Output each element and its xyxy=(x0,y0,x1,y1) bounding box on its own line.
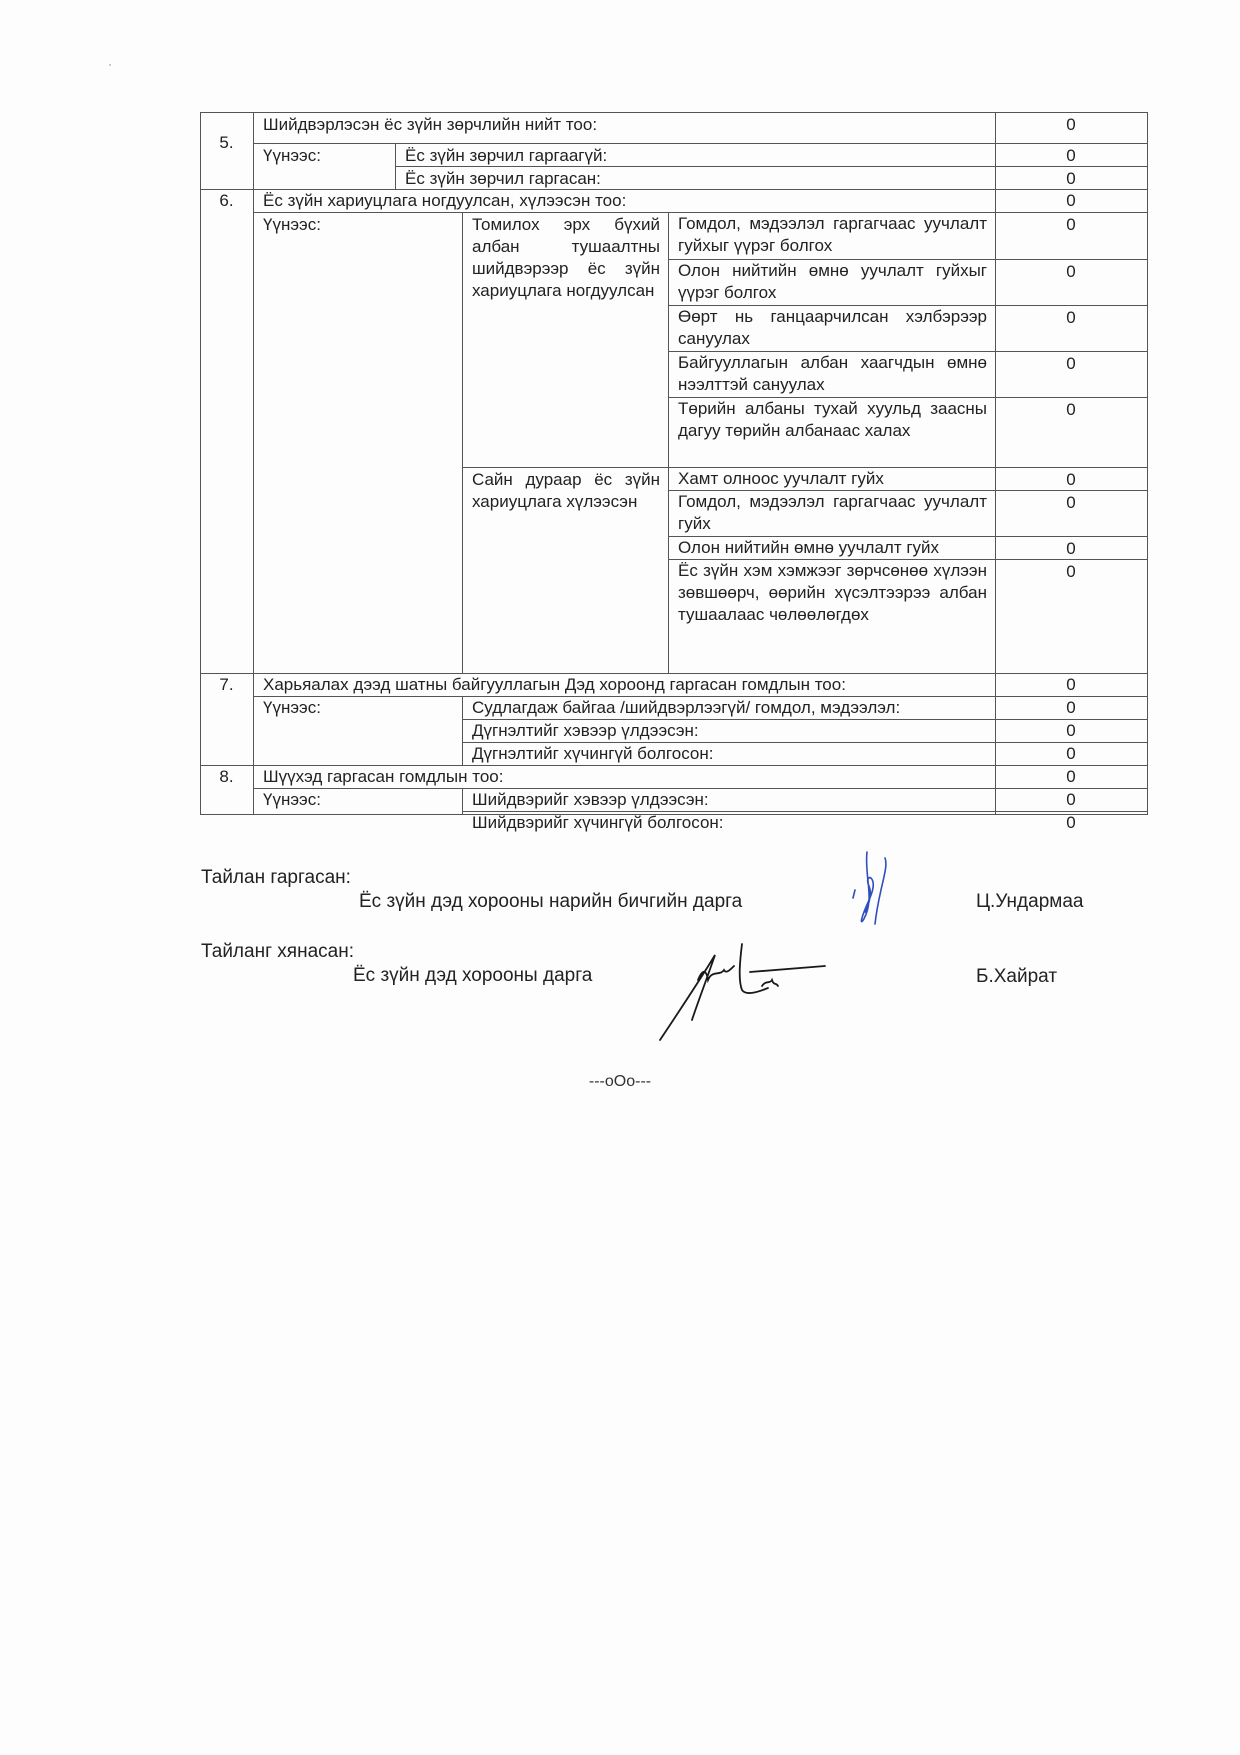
row-label: Шийдвэрлэсэн ёс зүйн зөрчлийн нийт тоо: xyxy=(253,114,995,136)
signature-2-icon xyxy=(650,940,840,1050)
table-rule xyxy=(200,112,1148,113)
table-rule xyxy=(1147,112,1148,815)
item-label: Судлагдаж байгаа /шийдвэрлээгүй/ гомдол,… xyxy=(462,697,995,719)
item-label: Ёс зүйн хэм хэмжээг зөрчсөнөө хүлээн зөв… xyxy=(668,560,995,651)
item-label: Дүгнэлтийг хэвээр үлдээсэн: xyxy=(462,720,995,742)
table-rule xyxy=(253,143,1147,144)
reviewed-by-position: Ёс зүйн дэд хорооны дарга xyxy=(353,965,592,987)
item-value: 0 xyxy=(995,145,1147,167)
item-value: 0 xyxy=(995,789,1147,811)
table-rule xyxy=(462,811,1147,812)
item-label: Олон нийтийн өмнө уучлалт гуйхыг үүрэг б… xyxy=(668,260,995,306)
item-label: Олон нийтийн өмнө уучлалт гуйх xyxy=(668,537,995,560)
prepared-by-caption: Тайлан гаргасан: xyxy=(201,867,351,889)
table-rule xyxy=(200,112,201,815)
item-label: Өөрт нь ганцаарчилсан хэлбэрээр сануулах xyxy=(668,306,995,352)
item-value: 0 xyxy=(995,561,1147,583)
table-rule xyxy=(668,259,1147,260)
item-value: 0 xyxy=(995,492,1147,514)
table-rule xyxy=(668,536,1147,537)
item-label: Дүгнэлтийг хүчингүй болгосон: xyxy=(462,743,995,765)
item-value: 0 xyxy=(995,168,1147,190)
item-label: Шийдвэрийг хэвээр үлдээсэн: xyxy=(462,789,995,811)
row-number: 6. xyxy=(200,190,253,212)
prepared-by-position: Ёс зүйн дэд хорооны нарийн бичгийн дарга xyxy=(359,891,742,913)
row-label: Шүүхэд гаргасан гомдлын тоо: xyxy=(253,766,995,788)
item-label: Гомдол, мэдээлэл гаргагчаас уучлалт гуйх xyxy=(668,491,995,537)
item-label: Байгууллагын албан хаагчдын өмнө нээлттэ… xyxy=(668,352,995,398)
table-rule xyxy=(395,166,1147,167)
item-value: 0 xyxy=(995,469,1147,491)
table-rule xyxy=(462,719,1147,720)
row-number: 5. xyxy=(200,132,253,154)
table-rule xyxy=(668,305,1147,306)
scan-speck xyxy=(109,64,111,66)
item-label: Ёс зүйн зөрчил гаргасан: xyxy=(395,168,995,190)
table-rule xyxy=(462,742,1147,743)
item-label: Шийдвэрийг хүчингүй болгосон: xyxy=(462,812,995,834)
item-label: Гомдол, мэдээлэл гаргагчаас уучлалт гуйх… xyxy=(668,213,995,260)
item-value: 0 xyxy=(995,214,1147,236)
item-label: Хамт олноос уучлалт гуйх xyxy=(668,468,995,491)
table-rule xyxy=(668,351,1147,352)
row-value: 0 xyxy=(995,190,1147,212)
sub-label: Үүнээс: xyxy=(253,214,462,236)
row-label: Ёс зүйн хариуцлага ногдуулсан, хүлээсэн … xyxy=(253,190,995,212)
group-label: Сайн дураар ёс зүйн хариуцлага хүлээсэн xyxy=(462,469,668,652)
table-rule xyxy=(668,397,1147,398)
document-page: 5.Шийдвэрлэсэн ёс зүйн зөрчлийн нийт тоо… xyxy=(0,0,1240,1755)
table-rule xyxy=(462,467,1147,468)
prepared-by-name: Ц.Ундармаа xyxy=(976,891,1083,913)
row-value: 0 xyxy=(995,674,1147,696)
row-number: 7. xyxy=(200,674,253,696)
row-label: Харьяалах дээд шатны байгууллагын Дэд хо… xyxy=(253,674,995,696)
reviewed-by-caption: Тайланг хянасан: xyxy=(201,941,354,963)
table-rule xyxy=(668,490,1147,491)
item-value: 0 xyxy=(995,307,1147,329)
table-rule xyxy=(668,559,1147,560)
row-number: 8. xyxy=(200,766,253,788)
sub-label: Үүнээс: xyxy=(253,789,462,811)
group-label: Томилох эрх бүхий албан тушаалтны шийдвэ… xyxy=(462,214,668,469)
item-label: Ёс зүйн зөрчил гаргаагүй: xyxy=(395,145,995,167)
report-table: 5.Шийдвэрлэсэн ёс зүйн зөрчлийн нийт тоо… xyxy=(200,112,1148,815)
item-value: 0 xyxy=(995,261,1147,283)
item-value: 0 xyxy=(995,353,1147,375)
row-value: 0 xyxy=(995,114,1147,136)
item-value: 0 xyxy=(995,697,1147,719)
item-label: Төрийн албаны тухай хуульд заасны дагуу … xyxy=(668,398,995,468)
document-end-mark: ---oOo--- xyxy=(0,1073,1240,1091)
row-value: 0 xyxy=(995,766,1147,788)
sub-label: Үүнээс: xyxy=(253,145,395,167)
item-value: 0 xyxy=(995,812,1147,834)
item-value: 0 xyxy=(995,399,1147,421)
item-value: 0 xyxy=(995,743,1147,765)
item-value: 0 xyxy=(995,538,1147,560)
signature-1-icon xyxy=(845,848,915,933)
sub-label: Үүнээс: xyxy=(253,697,462,719)
item-value: 0 xyxy=(995,720,1147,742)
reviewed-by-name: Б.Хайрат xyxy=(976,966,1057,988)
